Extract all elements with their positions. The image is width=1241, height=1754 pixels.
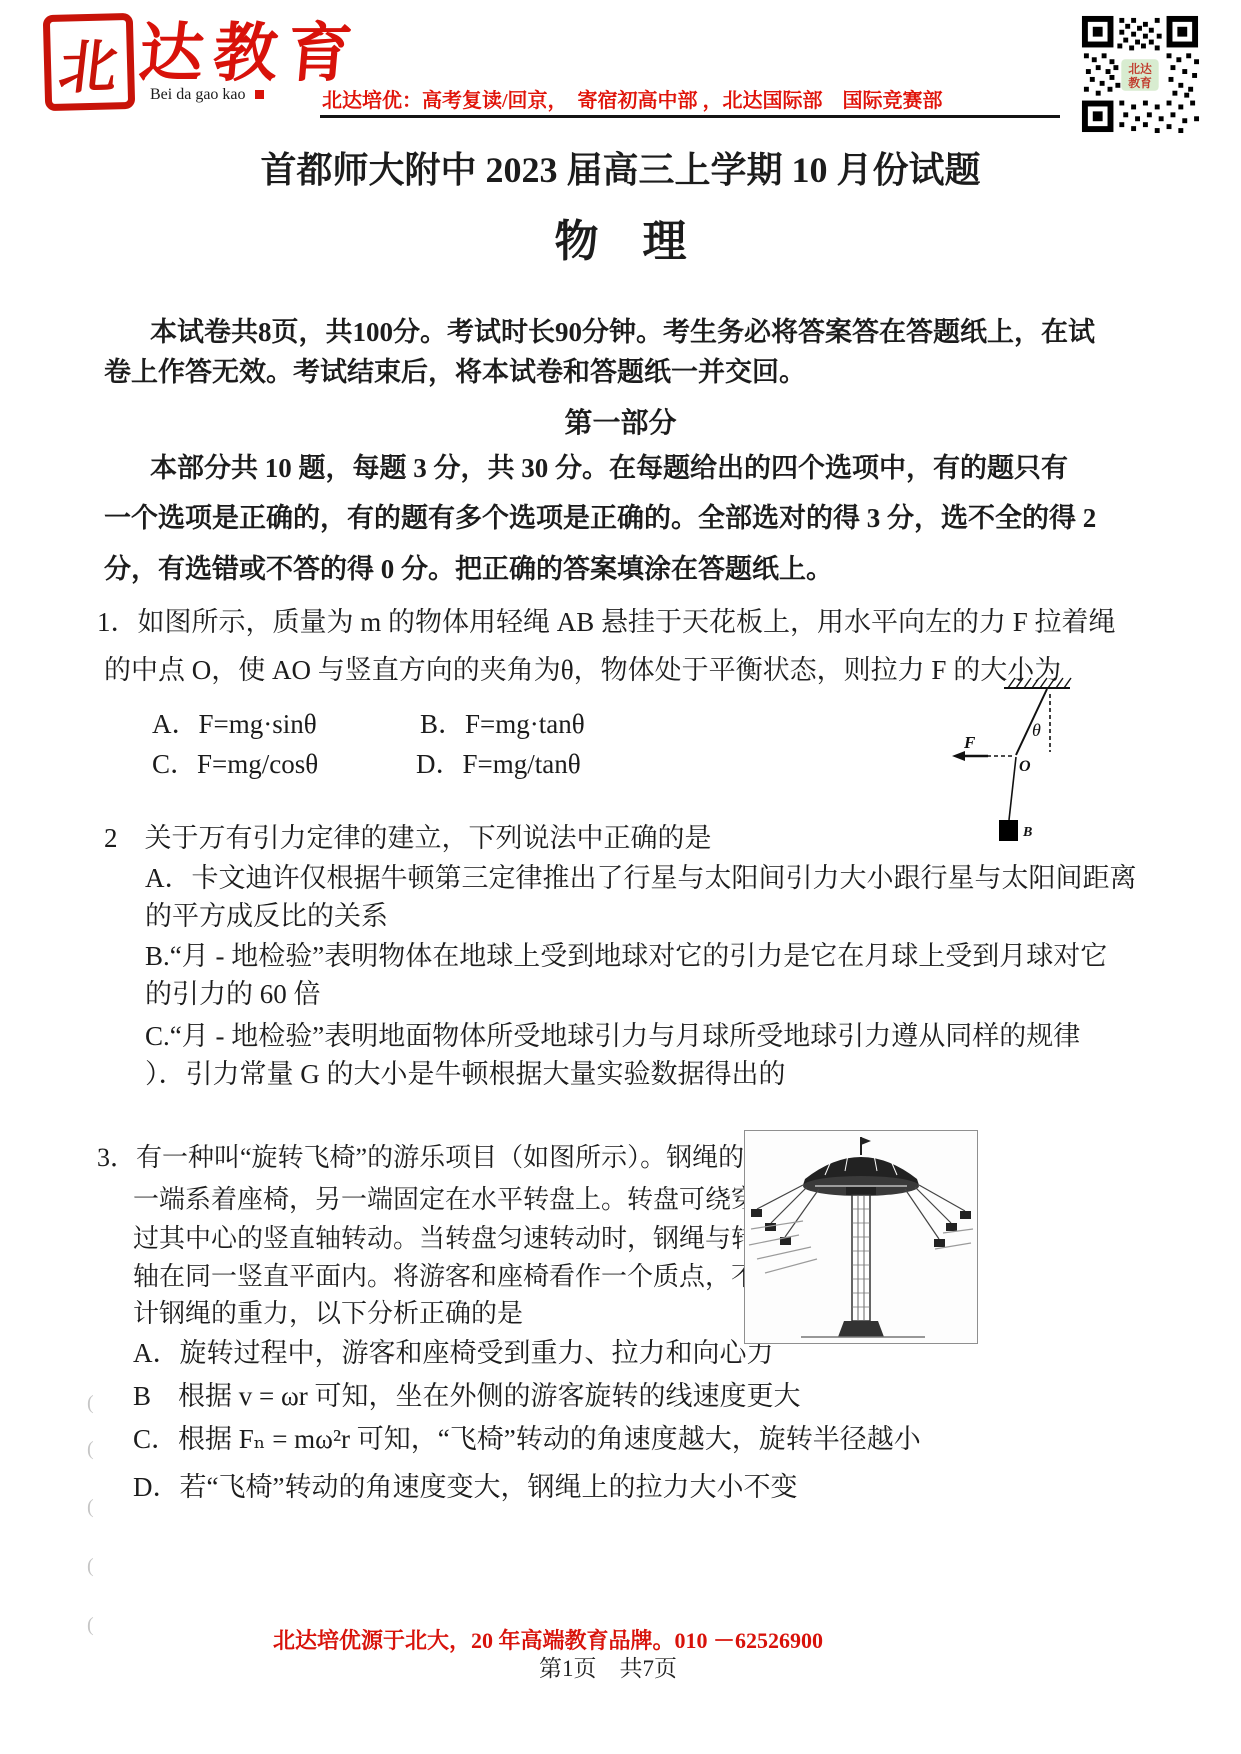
scan-artifact: ( bbox=[87, 1555, 94, 1578]
qr-center-text-2: 教育 bbox=[1127, 76, 1152, 90]
q1-option-b: B．F=mg·tanθ bbox=[420, 708, 585, 742]
logo-seal-character: 北 bbox=[55, 19, 123, 105]
logo-subtitle: Bei da gao kao bbox=[150, 86, 264, 104]
qr-center-label: 北达 教育 bbox=[1121, 59, 1158, 90]
q2-option-d: ）．引力常量 G 的大小是牛顿根据大量实验数据得出的 bbox=[145, 1058, 786, 1092]
q3-line-2: 一端系着座椅，另一端固定在水平转盘上。转盘可绕穿 bbox=[133, 1184, 757, 1217]
scan-artifact: ( bbox=[87, 1496, 94, 1519]
q3-option-c: C．根据 Fₙ = mω²r 可知，“飞椅”转动的角速度越大，旋转半径越小 bbox=[133, 1423, 921, 1457]
subject-title: 物 理 bbox=[0, 214, 1241, 269]
header-divider bbox=[320, 115, 1060, 118]
page-number: 第1页 共7页 bbox=[0, 1650, 1216, 1683]
part1-line-1: 本部分共 10 题，每题 3 分，共 30 分。在每题给出的四个选项中，有的题只… bbox=[150, 452, 1068, 486]
red-square-icon bbox=[255, 90, 264, 99]
part1-line-3: 分，有选错或不答的得 0 分。把正确的答案填涂在答题纸上。 bbox=[104, 553, 833, 587]
header-tagline: 北达培优：高考复读/回京， 寄宿初高中部 ，北达国际部 国际竞赛部 bbox=[322, 84, 943, 113]
q1-figure-midpoint-label: O bbox=[1019, 758, 1031, 775]
logo-subtitle-text: Bei da gao kao bbox=[150, 86, 246, 103]
qr-code: 北达 教育 bbox=[1080, 14, 1200, 134]
logo-brand-name: 达教育 bbox=[136, 2, 366, 94]
q1-rope-diagram: F θ O B bbox=[946, 672, 1076, 862]
intro-line-2: 卷上作答无效。考试结束后，将本试卷和答题纸一并交回。 bbox=[104, 356, 806, 390]
scan-artifact: ( bbox=[87, 1392, 94, 1415]
q3-line-4: 轴在同一竖直平面内。将游客和座椅看作一个质点，不 bbox=[133, 1261, 757, 1294]
q3-option-d: D．若“飞椅”转动的角速度变大，钢绳上的拉力大小不变 bbox=[133, 1471, 797, 1505]
q1-option-a: A．F=mg·sinθ bbox=[152, 708, 317, 742]
q1-figure-block-label: B bbox=[1022, 825, 1032, 840]
q2-option-b-line-1: B.“月 - 地检验”表明物体在地球上受到地球对它的引力是它在月球上受到月球对它 bbox=[145, 940, 1107, 974]
scan-artifact: ( bbox=[87, 1438, 94, 1461]
q2-stem: 2 关于万有引力定律的建立，下列说法中正确的是 bbox=[104, 822, 712, 856]
q1-figure-force-label: F bbox=[963, 733, 976, 752]
logo-seal: 北 bbox=[43, 13, 135, 111]
qr-center-text-1: 北达 bbox=[1128, 62, 1152, 76]
q2-option-b-line-2: 的引力的 60 倍 bbox=[145, 978, 321, 1012]
part1-line-2: 一个选项是正确的，有的题有多个选项是正确的。全部选对的得 3 分，选不全的得 2 bbox=[104, 502, 1096, 536]
exam-title: 首都师大附中 2023 届高三上学期 10 月份试题 bbox=[0, 148, 1241, 193]
q1-line-2: 的中点 O，使 AO 与竖直方向的夹角为θ，物体处于平衡状态，则拉力 F 的大小… bbox=[104, 654, 1061, 688]
q3-line-5: 计钢绳的重力，以下分析正确的是 bbox=[133, 1298, 523, 1331]
q2-option-a-line-2: 的平方成反比的关系 bbox=[145, 900, 388, 934]
part1-heading: 第一部分 bbox=[0, 406, 1241, 441]
q3-option-a: A．旋转过程中，游客和座椅受到重力、拉力和向心力 bbox=[133, 1337, 774, 1371]
q3-line-1: 3．有一种叫“旋转飞椅”的游乐项目（如图所示）。钢绳的 bbox=[97, 1142, 744, 1175]
q3-photo-frame bbox=[744, 1130, 978, 1344]
q1-option-c: C．F=mg/cosθ bbox=[152, 748, 318, 782]
swing-ride-illustration bbox=[745, 1131, 977, 1343]
intro-line-1: 本试卷共8页，共100分。考试时长90分钟。考生务必将答案答在答题纸上，在试 bbox=[150, 316, 1095, 350]
q3-option-b: B 根据 v = ωr 可知，坐在外侧的游客旋转的线速度更大 bbox=[133, 1380, 801, 1414]
q1-line-1: 1．如图所示，质量为 m 的物体用轻绳 AB 悬挂于天花板上，用水平向左的力 F… bbox=[97, 606, 1116, 640]
q2-option-a-line-1: A．卡文迪许仅根据牛顿第三定律推出了行星与太阳间引力大小跟行星与太阳间距离 bbox=[145, 862, 1137, 896]
exam-paper-page: 北 达教育 Bei da gao kao 北达培优：高考复读/回京， 寄宿初高中… bbox=[0, 0, 1241, 1754]
q3-line-3: 过其中心的竖直轴转动。当转盘匀速转动时，钢绳与转 bbox=[133, 1223, 757, 1256]
q1-figure-angle-label: θ bbox=[1032, 720, 1041, 740]
q2-option-c: C.“月 - 地检验”表明地面物体所受地球引力与月球所受地球引力遵从同样的规律 bbox=[145, 1020, 1080, 1054]
q1-option-d: D．F=mg/tanθ bbox=[416, 748, 581, 782]
